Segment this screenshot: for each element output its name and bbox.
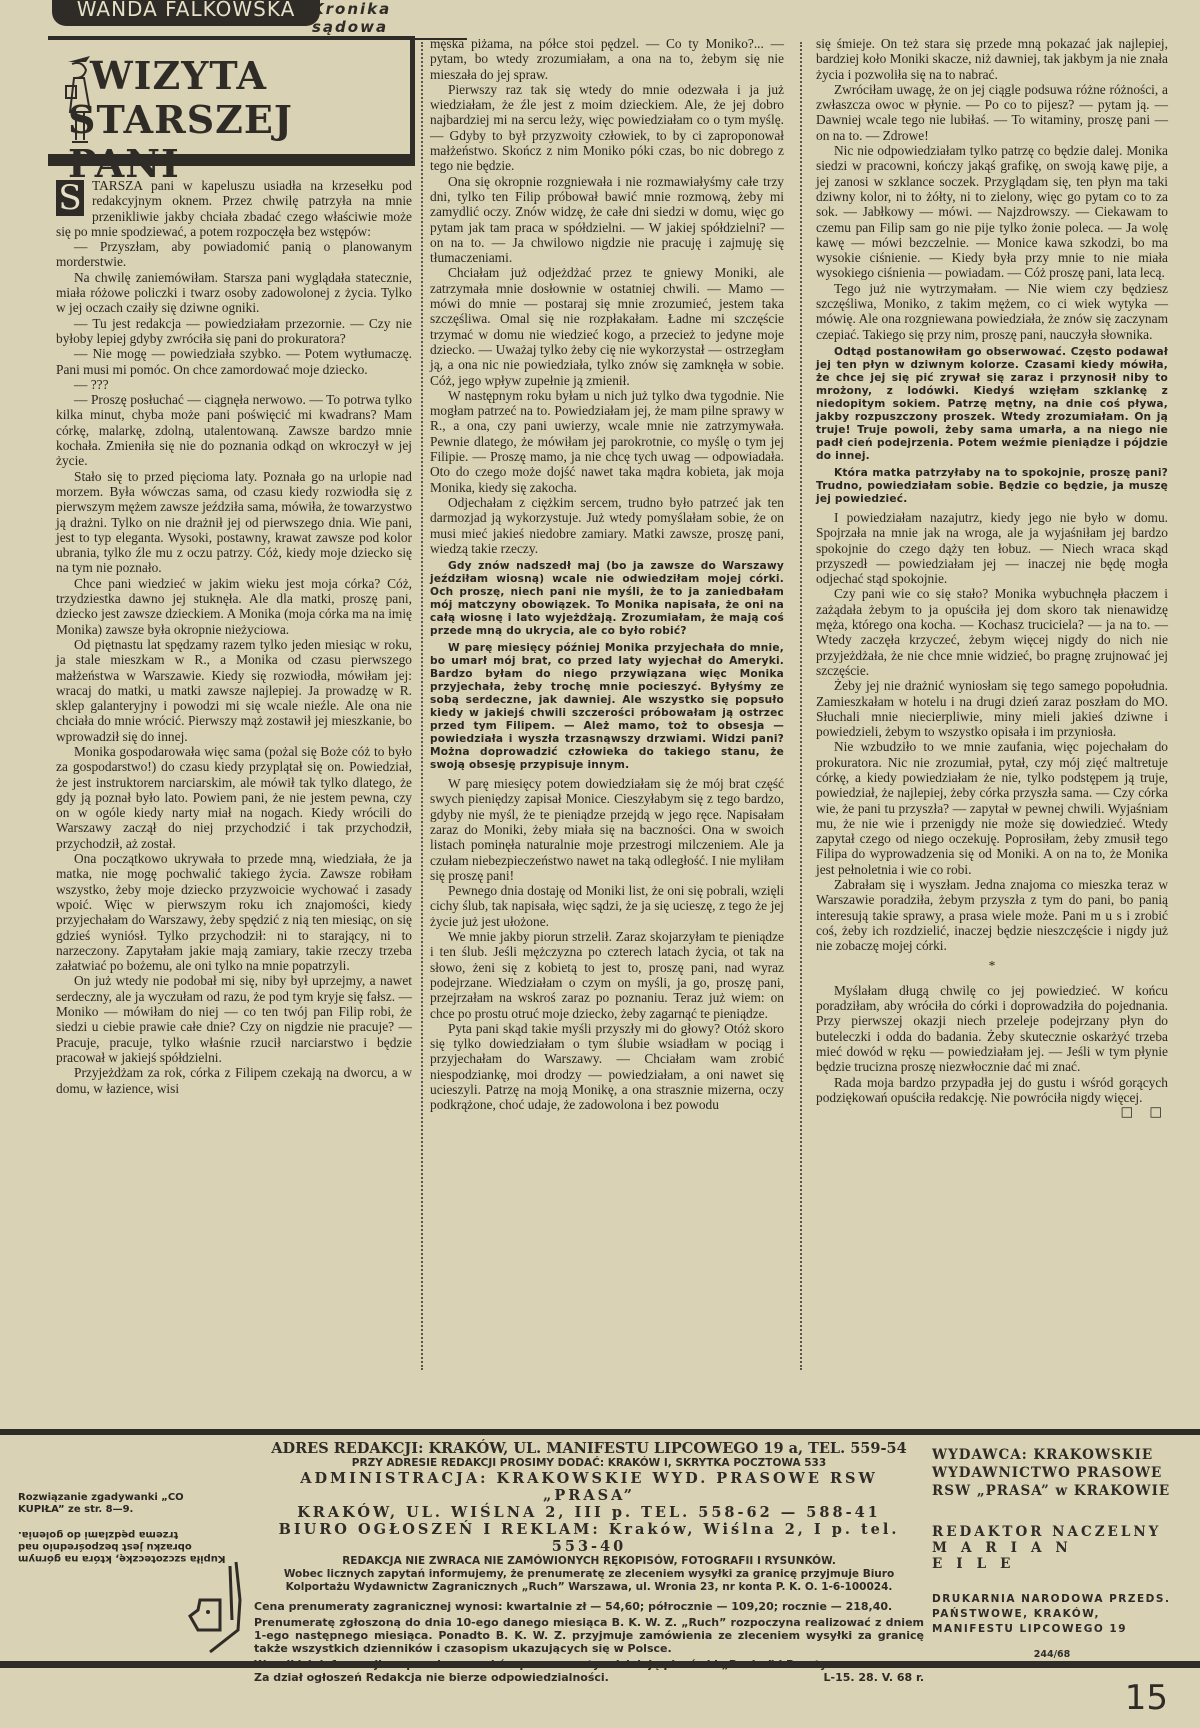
article-paragraph: Chce pani wiedzieć w jakim wieku jest mo… bbox=[56, 576, 412, 637]
article-title: WIZYTA STARSZEJ PANI bbox=[68, 54, 410, 186]
author-name: WANDA FALKOWSKA bbox=[52, 0, 320, 26]
article-paragraph: Od piętnastu lat spędzamy razem tylko je… bbox=[56, 637, 412, 744]
article-paragraph: Zwróciłam uwagę, że on jej ciągle podsuw… bbox=[816, 82, 1168, 143]
foreign-subscription-notice: Wobec licznych zapytań informujemy, że p… bbox=[254, 1568, 924, 1594]
article-paragraph: Pierwszy raz tak się wtedy do mnie odezw… bbox=[430, 82, 784, 174]
article-paragraph: W parę miesięcy potem dowiedziałam się ż… bbox=[430, 776, 784, 883]
printer: DRUKARNIA NARODOWA PRZEDS. PAŃSTWOWE, KR… bbox=[932, 1592, 1172, 1637]
column-divider bbox=[421, 42, 423, 1370]
article-column-3: się śmieje. On też stara się przede mną … bbox=[816, 36, 1168, 1121]
ads-office: BIURO OGŁOSZEŃ I REKLAM: Kraków, Wiślna … bbox=[254, 1521, 924, 1555]
puzzle-solution: Rozwiązanie zgadywanki „CO KUPIŁA” ze st… bbox=[18, 1492, 228, 1564]
magazine-page: WANDA FALKOWSKA Kronika sądowa WIZYTA ST… bbox=[0, 0, 1200, 1728]
article-paragraph: — Tu jest redakcja — powiedziałam przezo… bbox=[56, 316, 412, 347]
article-paragraph: — Nie mogę — powiedziała szybko. — Potem… bbox=[56, 346, 412, 377]
article-column-2: męska piżama, na półce stoi pędzel. — Co… bbox=[430, 36, 784, 1113]
article-paragraph: Ona się okropnie rozgniewała i nie rozma… bbox=[430, 174, 784, 266]
print-code: L-15. 28. V. 68 r. bbox=[824, 1671, 924, 1684]
footer-bottom-rule bbox=[0, 1661, 1200, 1668]
subscription-price: Cena prenumeraty zagranicznej wynosi: kw… bbox=[254, 1600, 924, 1613]
ads-disclaimer: Za dział ogłoszeń Redakcja nie bierze od… bbox=[254, 1671, 609, 1684]
editor-title: REDAKTOR NACZELNY bbox=[932, 1524, 1172, 1540]
pointing-man-icon bbox=[180, 1560, 250, 1660]
section-break-star: * bbox=[816, 958, 1168, 973]
article-paragraph: męska piżama, na półce stoi pędzel. — Co… bbox=[430, 36, 784, 82]
article-paragraph: Rada moja bardzo przypadła jej do gustu … bbox=[816, 1075, 1168, 1106]
column-divider bbox=[800, 42, 802, 1370]
article-paragraph: Która matka patrzyłaby na to spokojnie, … bbox=[816, 467, 1168, 506]
article-paragraph: — ??? bbox=[56, 377, 412, 392]
article-paragraph: Odtąd postanowiłam go obserwować. Często… bbox=[816, 346, 1168, 463]
title-line-1: WIZYTA bbox=[90, 54, 410, 98]
title-bar bbox=[48, 154, 415, 166]
order-number: 244/68 bbox=[932, 1649, 1172, 1660]
puzzle-solution-heading: Rozwiązanie zgadywanki „CO KUPIŁA” ze st… bbox=[18, 1492, 228, 1516]
article-paragraph: Chciałam już odjeżdżać przez te gniewy M… bbox=[430, 265, 784, 387]
article-paragraph: — Przyszłam, aby powiadomić panią o plan… bbox=[56, 239, 412, 270]
end-mark-icon: □ □ bbox=[1102, 1105, 1168, 1120]
editor-name: MARIAN EILE bbox=[932, 1540, 1172, 1572]
imprint: ADRES REDAKCJI: KRAKÓW, UL. MANIFESTU LI… bbox=[254, 1440, 924, 1684]
article-paragraph: W następnym roku byłam u nich już tylko … bbox=[430, 388, 784, 495]
article-paragraph: Odjechałam z ciężkim sercem, trudno było… bbox=[430, 495, 784, 556]
article-paragraph: Nic nie odpowiedziałam tylko patrzę co b… bbox=[816, 143, 1168, 281]
article-paragraph: się śmieje. On też stara się przede mną … bbox=[816, 36, 1168, 82]
puzzle-answer-inverted: Kupiła szczoteczkę, która na górnym obra… bbox=[18, 1528, 228, 1564]
article-paragraph: On już wtedy nie podobał mi się, niby by… bbox=[56, 973, 412, 1065]
dropcap: S bbox=[56, 180, 84, 216]
article-paragraph: Pewnego dnia dostaję od Moniki list, że … bbox=[430, 883, 784, 929]
article-paragraph: Gdy znów nadszedł maj (bo ja zawsze do W… bbox=[430, 560, 784, 638]
subscription-note: Prenumeratę zgłoszoną do dnia 10-ego dan… bbox=[254, 1616, 924, 1655]
page-number: 15 bbox=[1125, 1678, 1168, 1718]
po-box: PRZY ADRESIE REDAKCJI PROSIMY DODAĆ: KRA… bbox=[254, 1457, 924, 1470]
article-paragraph: Przyjeżdżam za rok, córka z Filipem czek… bbox=[56, 1065, 412, 1096]
footer-top-rule bbox=[0, 1429, 1200, 1435]
editorial-address: ADRES REDAKCJI: KRAKÓW, UL. MANIFESTU LI… bbox=[254, 1440, 924, 1457]
article-paragraph: Zabrałam się i wyszłam. Jedna znajoma co… bbox=[816, 877, 1168, 953]
article-paragraph: Stało się to przed pięcioma laty. Poznał… bbox=[56, 469, 412, 576]
manuscripts-notice: REDAKCJA NIE ZWRACA NIE ZAMÓWIONYCH RĘKO… bbox=[254, 1555, 924, 1568]
article-paragraph: Monika gospodarowała więc sama (pożal si… bbox=[56, 744, 412, 851]
administration: ADMINISTRACJA: KRAKOWSKIE WYD. PRASOWE R… bbox=[254, 1470, 924, 1504]
administration-address: KRAKÓW, UL. WIŚLNA 2, III p. TEL. 558-62… bbox=[254, 1504, 924, 1521]
article-paragraph: Czy pani wie co się stało? Monika wybuch… bbox=[816, 586, 1168, 678]
article-paragraph: Nie wzbudziło to we mnie zaufania, więc … bbox=[816, 739, 1168, 877]
article-paragraph: We mnie jakby piorun strzelił. Zaraz sko… bbox=[430, 929, 784, 1021]
article-paragraph: Tego już nie wytrzymałam. — Nie wiem czy… bbox=[816, 281, 1168, 342]
article-paragraph: Ona początkowo ukrywała to przede mną, w… bbox=[56, 851, 412, 973]
article-paragraph: Myślałam długą chwilę co jej powiedzieć.… bbox=[816, 983, 1168, 1075]
publisher: WYDAWCA: KRAKOWSKIE WYDAWNICTWO PRASOWE … bbox=[932, 1446, 1172, 1500]
publisher-info: WYDAWCA: KRAKOWSKIE WYDAWNICTWO PRASOWE … bbox=[932, 1446, 1172, 1660]
article-paragraph: — Proszę posłuchać — ciągnęła nerwowo. —… bbox=[56, 392, 412, 468]
article-paragraph: Na chwilę zaniemówiłam. Starsza pani wyg… bbox=[56, 270, 412, 316]
section-label: Kronika sądowa bbox=[306, 0, 467, 40]
article-paragraph: W parę miesięcy później Monika przyjecha… bbox=[430, 642, 784, 772]
article-column-1: S TARSZA pani w kapeluszu usiadła na krz… bbox=[56, 178, 412, 1096]
title-box: WIZYTA STARSZEJ PANI bbox=[48, 36, 415, 166]
article-paragraph: TARSZA pani w kapeluszu usiadła na krzes… bbox=[56, 178, 412, 239]
article-paragraph: Żeby jej nie drażnić wyniosłam się tego … bbox=[816, 678, 1168, 739]
article-paragraph: I powiedziałam nazajutrz, kiedy jego nie… bbox=[816, 510, 1168, 586]
title-line-2: STARSZEJ PANI bbox=[68, 98, 410, 186]
article-paragraph: Pyta pani skąd takie myśli przyszły mi d… bbox=[430, 1021, 784, 1113]
